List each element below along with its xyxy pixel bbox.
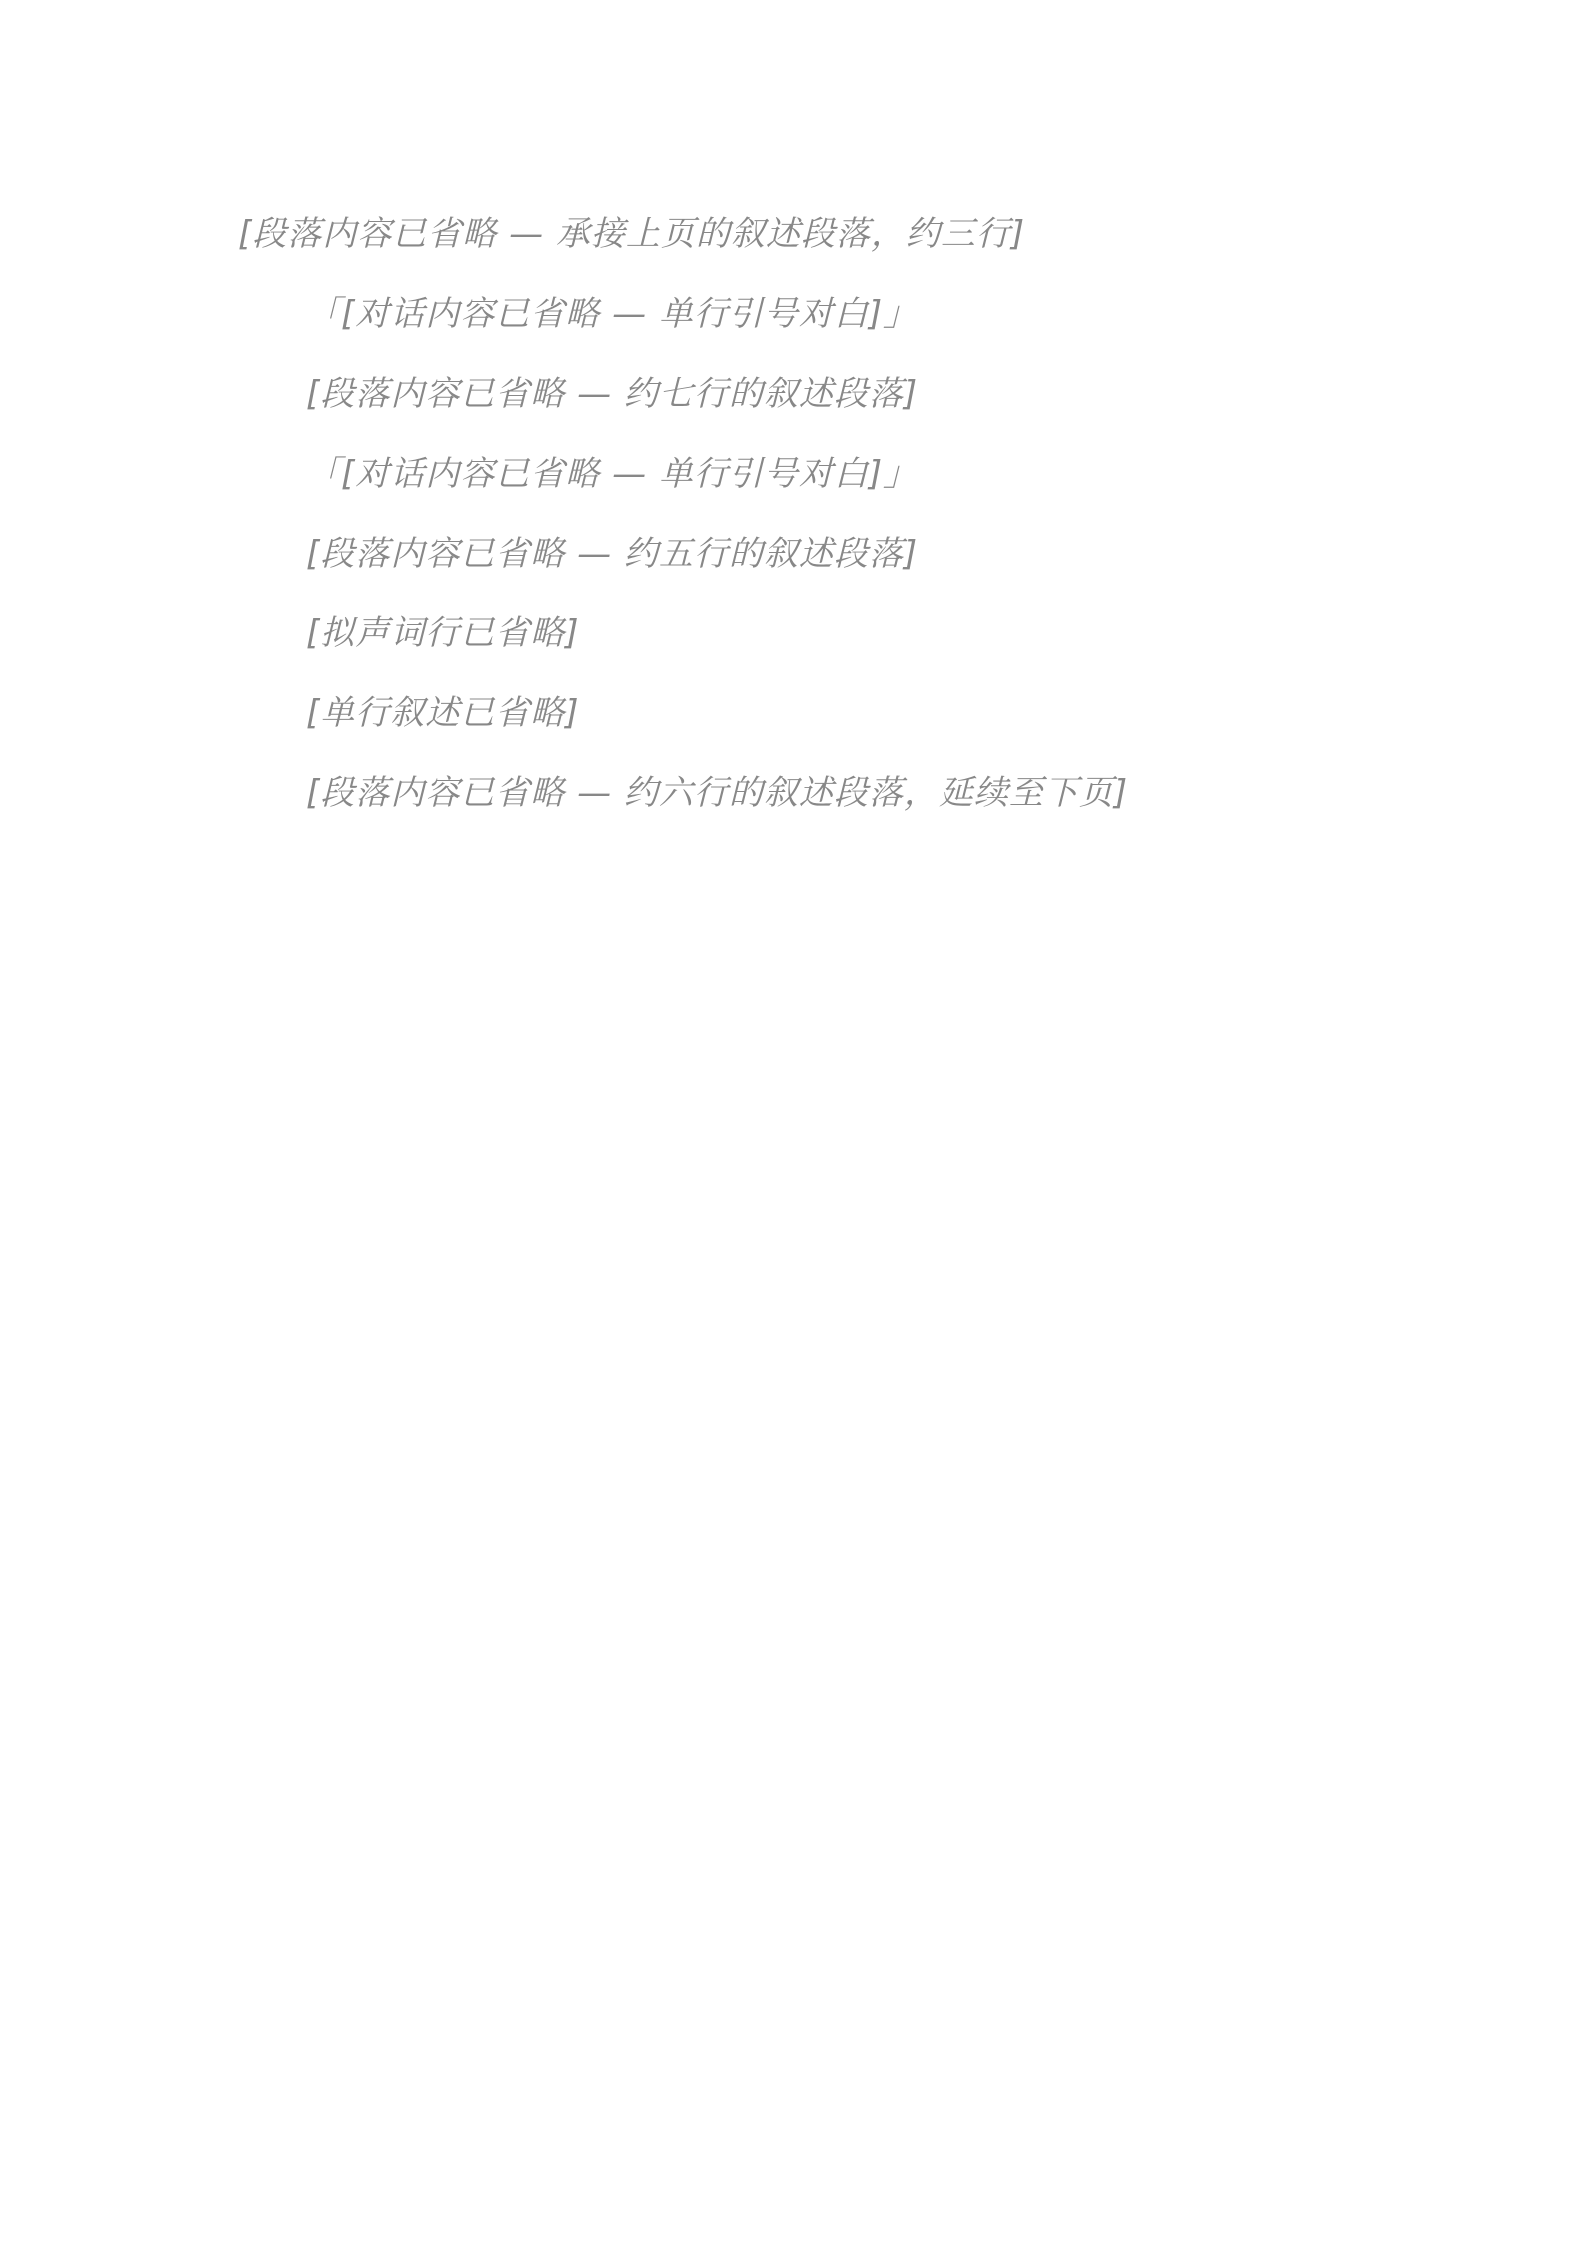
body-text-container: [段落内容已省略 — 承接上页的叙述段落，约三行]「[对话内容已省略 — 单行引… [238, 195, 1352, 834]
paragraph-4: 「[对话内容已省略 — 单行引号对白]」 [238, 435, 1352, 515]
paragraph-5: [段落内容已省略 — 约五行的叙述段落] [238, 515, 1352, 595]
paragraph-8: [段落内容已省略 — 约六行的叙述段落，延续至下页] [238, 754, 1352, 834]
paragraph-6: [拟声词行已省略] [238, 594, 1352, 674]
paragraph-2: 「[对话内容已省略 — 单行引号对白]」 [238, 275, 1352, 355]
document-page: [段落内容已省略 — 承接上页的叙述段落，约三行]「[对话内容已省略 — 单行引… [0, 0, 1587, 2245]
paragraph-3: [段落内容已省略 — 约七行的叙述段落] [238, 355, 1352, 435]
paragraph-7: [单行叙述已省略] [238, 674, 1352, 754]
paragraph-1: [段落内容已省略 — 承接上页的叙述段落，约三行] [238, 195, 1352, 275]
